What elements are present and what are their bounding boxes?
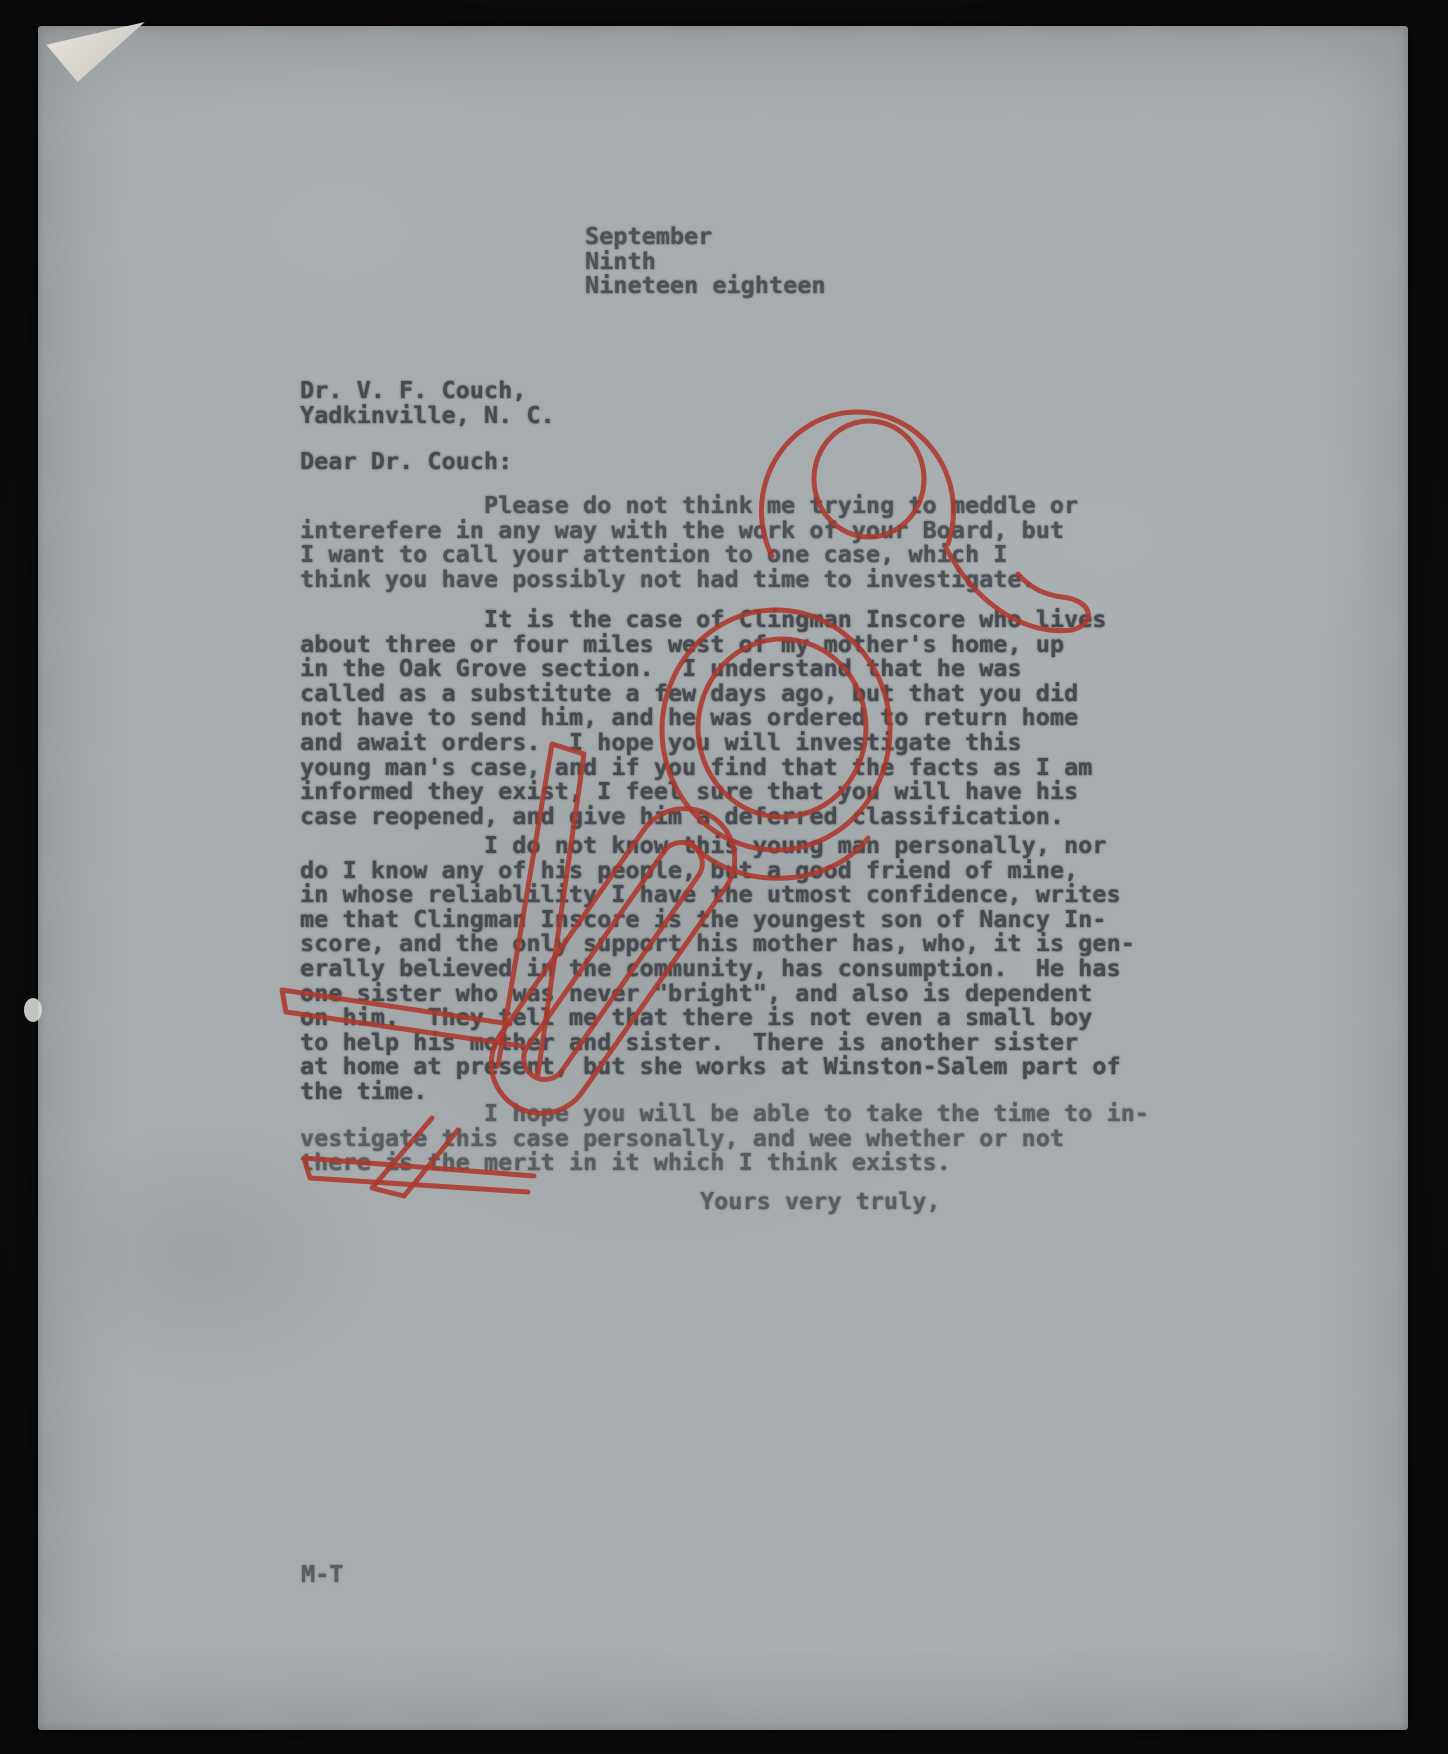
paper-tear-speck xyxy=(24,998,42,1022)
recipient-address: Dr. V. F. Couch, Yadkinville, N. C. xyxy=(300,378,555,427)
closing-valediction: Yours very truly, xyxy=(700,1189,941,1214)
scanned-letter-page: September Ninth Nineteen eighteen Dr. V.… xyxy=(0,0,1448,1754)
date-block: September Ninth Nineteen eighteen xyxy=(585,224,826,298)
paragraph-3: I do not know this young man personally,… xyxy=(300,833,1135,1104)
paragraph-1: Please do not think me trying to meddle … xyxy=(300,493,1078,591)
paragraph-4: I hope you will be able to take the time… xyxy=(300,1101,1149,1175)
salutation: Dear Dr. Couch: xyxy=(300,449,512,474)
paragraph-2: It is the case of Clingman Inscore who l… xyxy=(300,607,1106,828)
typist-initials: M-T xyxy=(301,1562,343,1587)
